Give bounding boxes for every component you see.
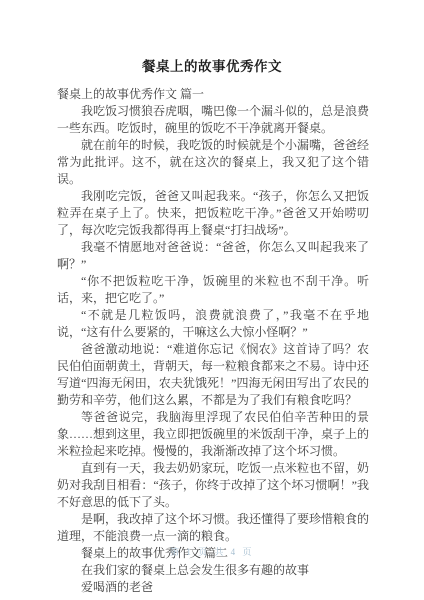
paragraph: 直到有一天，我去奶奶家玩，吃饭一点米粒也不留，奶奶对我刮目相看：“孩子，你终于改… <box>57 460 369 511</box>
paragraph: 爱喝酒的老爸 <box>57 579 369 596</box>
essay-title: 餐桌上的故事优秀作文 <box>0 0 424 76</box>
paragraph: 餐桌上的故事优秀作文 篇一 <box>57 86 369 103</box>
paragraph: 就在前年的时候，我吃饭的时候就是个小漏嘴，爸爸经常为此批评。这不，就在这次的餐桌… <box>57 137 369 188</box>
paragraph: 我毫不情愿地对爸爸说：“爸爸，你怎么又叫起我来了啊？” <box>57 239 369 273</box>
essay-body: 餐桌上的故事优秀作文 篇一 我吃饭习惯狼吞虎咽，嘴巴像一个漏斗似的，总是浪费一些… <box>57 86 369 596</box>
paragraph: “你不把饭粒吃干净，饭碗里的米粒也不刮干净。听话，来，把它吃了。” <box>57 273 369 307</box>
paragraph: “不就是几粒饭吗，浪费就浪费了，”我毫不在乎地说，“这有什么要紧的，干嘛这么大惊… <box>57 307 369 341</box>
paragraph: 等爸爸说完，我脑海里浮现了农民伯伯辛苦种田的景象……想到这里，我立即把饭碗里的米… <box>57 409 369 460</box>
paragraph: 爸爸激动地说：“难道你忘记《悯农》这首诗了吗？农民伯伯面朝黄土，背朝天，每一粒粮… <box>57 341 369 409</box>
paragraph: 我刚吃完饭，爸爸又叫起我来。“孩子，你怎么又把饭粒弄在桌子上了。快来，把饭粒吃干… <box>57 188 369 239</box>
page-number-footer: 第 1 页 共 4 页 <box>0 545 424 558</box>
paragraph: 在我们家的餐桌上总会发生很多有趣的故事 <box>57 562 369 579</box>
paragraph: 我吃饭习惯狼吞虎咽，嘴巴像一个漏斗似的，总是浪费一些东西。吃饭时，碗里的饭吃不干… <box>57 103 369 137</box>
paragraph: 是啊，我改掉了这个坏习惯。我还懂得了要珍惜粮食的道理，不能浪费一点一滴的粮食。 <box>57 511 369 545</box>
document-page: 餐桌上的故事优秀作文 餐桌上的故事优秀作文 篇一 我吃饭习惯狼吞虎咽，嘴巴像一个… <box>0 0 424 600</box>
